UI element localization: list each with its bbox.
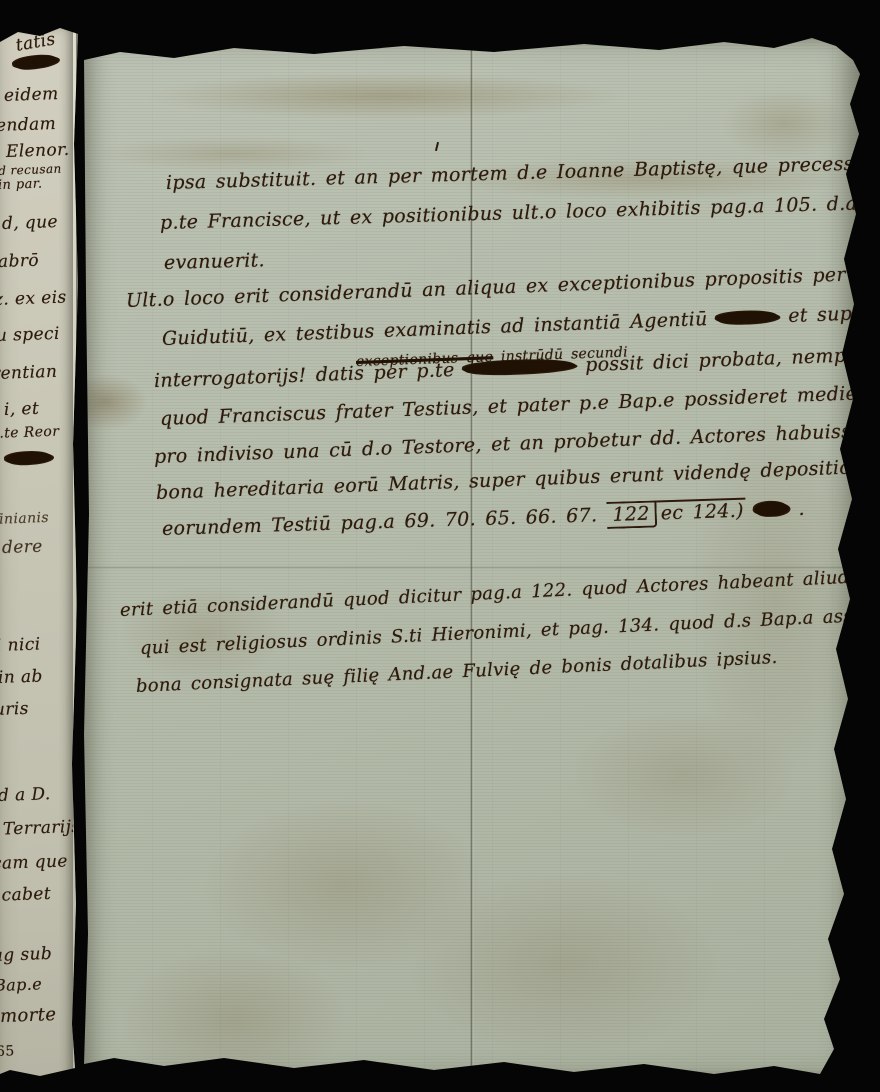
strip-fragment: id recusan (0, 162, 62, 178)
strip-fragment: cam que (0, 851, 68, 874)
strip-fragment: in ab (0, 666, 43, 688)
strip-fragment: Elenor. (6, 140, 70, 162)
ink-blot (716, 310, 780, 324)
strip-fragment: d a D. (0, 784, 51, 806)
manuscript-page: ipsa substituit. et an per mortem d.e Io… (84, 34, 862, 1084)
strip-fragment: ffinianis (0, 510, 49, 528)
boxed-page-citation: 122 (606, 500, 657, 529)
strip-fragment: ug sub (0, 944, 53, 966)
ink-mark (435, 142, 439, 151)
strip-fragment: morte (0, 1004, 57, 1027)
line7-end: . (798, 498, 805, 520)
strip-fragment: abrō (0, 251, 39, 272)
previous-page-edge: tatis eidem endam Elenor. id recusan in … (0, 24, 78, 1092)
strip-fragment: endam (0, 114, 56, 136)
strip-fragment: in par. (0, 176, 43, 193)
strip-fragment: u speci (0, 324, 60, 346)
strip-fragment: rentian (0, 362, 58, 384)
ink-blot (6, 450, 53, 465)
horizontal-fold-crease (84, 566, 862, 569)
strip-fragment: i cabet (0, 884, 51, 906)
strip-fragment: dere (2, 537, 43, 558)
line7-text: eorundem Testiū pag.a 69. 70. 65. 66. 67… (162, 504, 598, 540)
strip-fragment: p.te Reor (0, 424, 60, 442)
strip-page-number: 65 (0, 1043, 15, 1060)
strip-fragment: z. ex eis (0, 287, 67, 310)
manuscript-photo: { "background_color": "#050505", "paper_… (0, 0, 880, 1092)
paragraph2-line2: Guidutiū, ex testibus examinatis ad inst… (162, 302, 874, 350)
strip-fragment: i nici (0, 634, 41, 656)
ink-blot (754, 501, 791, 516)
strip-fragment: Bap.e (0, 974, 42, 995)
strip-fragment: s Terrarijs (0, 817, 81, 840)
vertical-fold-crease (470, 34, 474, 1084)
line3-text: interrogatorijs! datis per p.te (154, 359, 455, 392)
strip-fragment: tatis (14, 29, 57, 56)
strip-fragment: i, et (4, 399, 40, 420)
paragraph1-line3: evanuerit. (164, 249, 265, 274)
paragraph1-line2: p.te Francisce, ut ex positionibus ult.o… (160, 189, 880, 234)
strip-fragment: d, que (2, 212, 59, 234)
ink-blot (13, 53, 58, 71)
line2-text-after: et super (788, 302, 874, 327)
paragraph2-line7: eorundem Testiū pag.a 69. 70. 65. 66. 67… (162, 498, 805, 540)
strip-fragment: uris (0, 699, 29, 720)
strip-fragment: eidem (4, 84, 59, 106)
boxed-page-citation-2: ec 124.) (656, 498, 746, 525)
ink-blot (463, 358, 577, 375)
paragraph1-line1: ipsa substituit. et an per mortem d.e Io… (166, 150, 880, 194)
